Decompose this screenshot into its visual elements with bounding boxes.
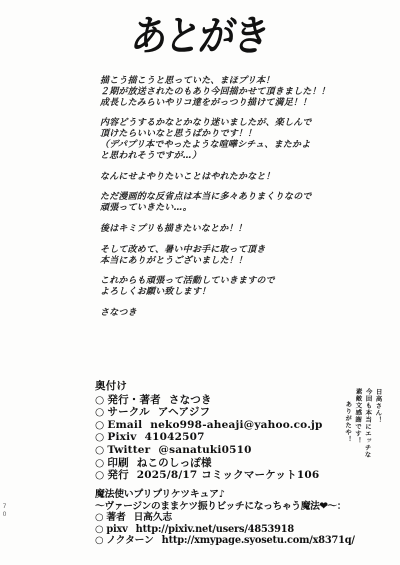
colophon-value: 2025/8/17 コミックマーケット106 [137,469,320,481]
text-line: ２期が放送されたのもあり今回描かせて頂きました！！ [100,87,350,98]
text-line: 内容どうするかなとかなり迷いましたが、楽しんで [100,118,350,129]
afterword-paragraph: そして改めて、暑い中お手に取って頂き 本当にありがとうございました！！ [100,245,350,267]
original-work-row: ○著者日高久志 [95,512,385,524]
colophon-label: Pixiv [107,431,136,443]
circle-bullet-icon: ○ [95,535,103,546]
circle-bullet-icon: ○ [95,419,104,431]
text-line: 描こう描こうと思っていた、まほプリ本！ [100,76,350,87]
text-line: と思われそうですが…） [100,151,350,162]
author-signature: さなつき [100,308,350,319]
colophon-label: 発行 [107,469,128,481]
colophon-row: ○Emailneko998-aheaji@yahoo.co.jp [95,419,335,432]
text-line: ただ漫画的な反省点は本当に多々ありまくりなので [100,192,350,203]
circle-bullet-icon: ○ [95,431,104,443]
original-work-row: ○ノクターンhttp://xmypage.syosetu.com/x8371q/ [95,535,385,547]
colophon-row: ○Twitter@sanatuki0510 [95,444,335,457]
colophon-row: ○サークルアヘアジフ [95,406,335,419]
page-title: あとがき [0,4,400,63]
text-line: 頑張っていきたい…。 [100,203,350,214]
colophon-label: 印刷 [107,457,128,469]
colophon-row: ○Pixiv41042507 [95,431,335,444]
afterword-paragraph: これからも頑張って活動していきますので よろしくお願い致します！ [100,276,350,298]
colophon-value: ねこのしっぽ様 [137,457,212,469]
original-work-value: http://pixiv.net/users/4853918 [136,524,294,535]
colophon-row: ○印刷ねこのしっぽ様 [95,457,335,470]
text-line: 本当にありがとうございました！！ [100,256,350,267]
text-line: よろしくお願い致します！ [100,287,350,298]
thanks-note-line: 日高さん！ [373,388,383,474]
circle-bullet-icon: ○ [95,406,104,418]
colophon-label: Email [107,419,142,431]
original-work-credits: 魔法使いプリプリケツキュア♪ ～ヴァージンのままケツ振りビッチになっちゃう魔法❤… [95,489,385,547]
colophon-heading: 奥付け [95,380,335,393]
colophon-label: 発行・著者 [107,394,161,406]
thanks-note-line: 今回も本当にエッチな [363,388,373,474]
original-work-row: ○pixvhttp://pixiv.net/users/4853918 [95,524,385,536]
colophon-value: さなつき [169,394,212,406]
original-work-value: http://xmypage.syosetu.com/x8371q/ [162,535,355,546]
circle-bullet-icon: ○ [95,469,104,481]
text-line: 後はキミプリも描きたいなとか！！ [100,224,350,235]
afterword-paragraph: 描こう描こうと思っていた、まほプリ本！ ２期が放送されたのもあり今回描かせて頂き… [100,76,350,108]
original-work-subtitle: ～ヴァージンのままケツ振りビッチになっちゃう魔法❤～： [95,501,385,513]
text-line: これからも頑張って活動していきますので [100,276,350,287]
page-number: 70 [1,503,8,519]
colophon-value: 41042507 [145,431,205,443]
circle-bullet-icon: ○ [95,512,103,523]
colophon-value: neko998-aheaji@yahoo.co.jp [150,419,322,431]
colophon-value: アヘアジフ [158,406,210,418]
original-work-label: pixv [106,524,127,535]
colophon: 奥付け ○発行・著者さなつき ○サークルアヘアジフ ○Emailneko998-… [95,380,335,482]
colophon-row: ○発行・著者さなつき [95,394,335,407]
afterword-paragraph: ただ漫画的な反省点は本当に多々ありまくりなので 頑張っていきたい…。 [100,192,350,214]
colophon-label: サークル [107,406,150,418]
colophon-row: ○発行2025/8/17 コミックマーケット106 [95,469,335,482]
original-work-label: ノクターン [106,535,153,546]
colophon-label: Twitter [107,444,150,456]
circle-bullet-icon: ○ [95,524,103,535]
thanks-note-line: ありがたや！ [343,401,353,474]
text-line: 成長したみらいやリコ達をがっつり描けて満足！！ [100,98,350,109]
original-work-title: 魔法使いプリプリケツキュア♪ [95,489,385,501]
original-work-label: 著者 [106,512,125,523]
text-line: なんにせよやりたいことはやれたかなと！ [100,172,350,183]
circle-bullet-icon: ○ [95,394,104,406]
text-line: （デパプリ本でやったような喧嘩シチュ、またかよ [100,140,350,151]
afterword-paragraph: なんにせよやりたいことはやれたかなと！ [100,172,350,183]
circle-bullet-icon: ○ [95,444,104,456]
afterword-text: 描こう描こうと思っていた、まほプリ本！ ２期が放送されたのもあり今回描かせて頂き… [100,76,350,319]
afterword-paragraph: 後はキミプリも描きたいなとか！！ [100,224,350,235]
thanks-note-line: 素敵文感謝です！ [353,388,363,474]
thanks-note: 日高さん！ 今回も本当にエッチな 素敵文感謝です！ ありがたや！ [341,388,382,475]
colophon-value: @sanatuki0510 [158,444,251,456]
afterword-paragraph: 内容どうするかなとかなり迷いましたが、楽しんで 頂けたらいいなと思うばかりです！… [100,118,350,161]
text-line: そして改めて、暑い中お手に取って頂き [100,245,350,256]
original-work-value: 日高久志 [134,512,172,523]
text-line: 頂けたらいいなと思うばかりです！！ [100,129,350,140]
circle-bullet-icon: ○ [95,457,104,469]
